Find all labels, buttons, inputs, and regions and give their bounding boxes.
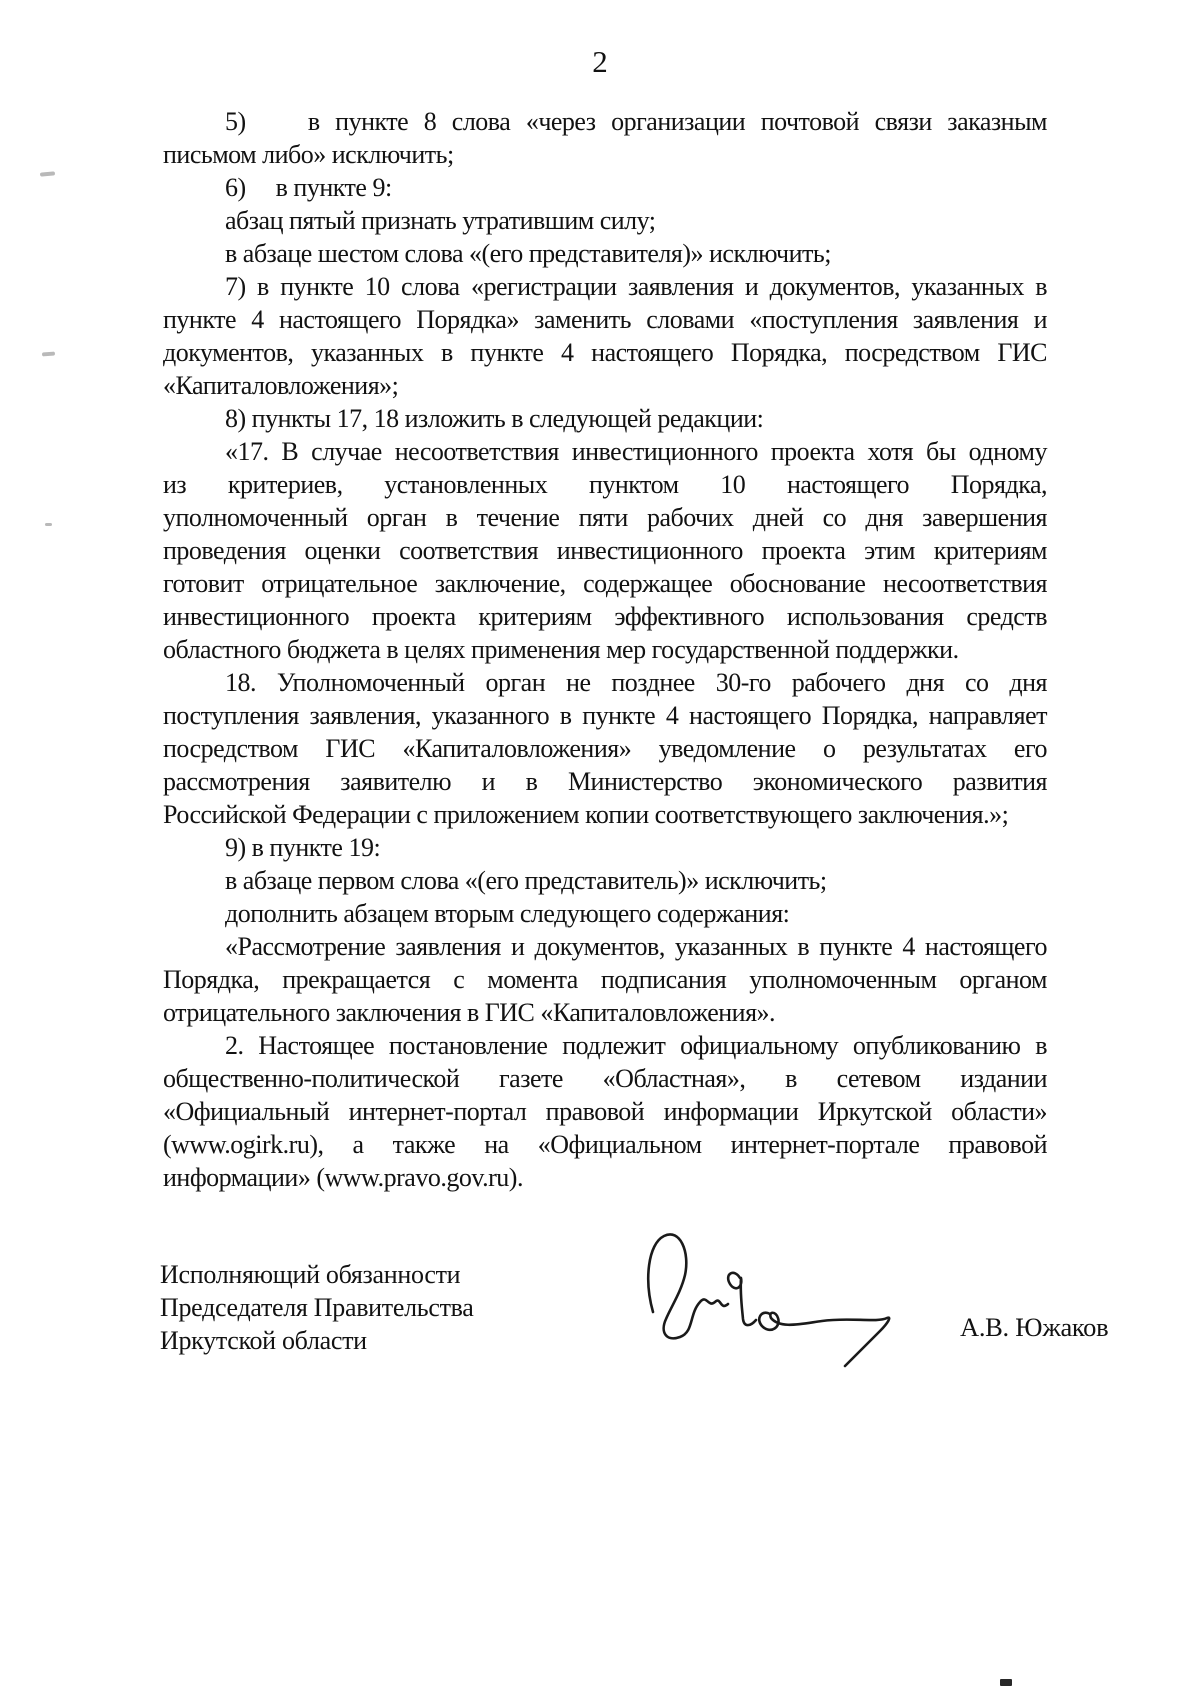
body-text-line: в абзаце первом слова «(его представител… (163, 864, 1047, 897)
body-text-line: в абзаце шестом слова «(его представител… (163, 237, 1047, 270)
body-text-line: пункте 4 настоящего Порядка» заменить сл… (163, 303, 1047, 336)
document-page: 2 5) в пункте 8 слова «через организации… (0, 0, 1200, 1706)
signatory-title-line: Иркутской области (160, 1324, 474, 1357)
body-text-line: «Капиталовложения»; (163, 369, 1047, 402)
signatory-title-line: Исполняющий обязанности (160, 1258, 474, 1291)
body-text-line: из критериев, установленных пунктом 10 н… (163, 468, 1047, 501)
body-text-line: абзац пятый признать утратившим силу; (163, 204, 1047, 237)
scan-artifact-mark (45, 523, 52, 526)
body-text-line: 9) в пункте 19: (163, 831, 1047, 864)
body-text-line: готовит отрицательное заключение, содерж… (163, 567, 1047, 600)
body-text-line: 6) в пункте 9: (163, 171, 1047, 204)
signatory-title-line: Председателя Правительства (160, 1291, 474, 1324)
signatory-title: Исполняющий обязанности Председателя Пра… (160, 1258, 474, 1357)
document-body: 5) в пункте 8 слова «через организации п… (163, 105, 1047, 1194)
page-number: 2 (0, 44, 1200, 80)
body-text-line: 2. Настоящее постановление подлежит офиц… (163, 1029, 1047, 1062)
body-text-line: областного бюджета в целях применения ме… (163, 633, 1047, 666)
scan-artifact-mark (40, 171, 55, 176)
body-text-line: письмом либо» исключить; (163, 138, 1047, 171)
body-text-line: проведения оценки соответствия инвестици… (163, 534, 1047, 567)
body-text-line: поступления заявления, указанного в пунк… (163, 699, 1047, 732)
body-text-line: 8) пункты 17, 18 изложить в следующей ре… (163, 402, 1047, 435)
body-text-line: «Рассмотрение заявления и документов, ук… (163, 930, 1047, 963)
body-text-line: информации» (www.pravo.gov.ru). (163, 1161, 1047, 1194)
body-text-line: 5) в пункте 8 слова «через организации п… (163, 105, 1047, 138)
body-text-line: дополнить абзацем вторым следующего соде… (163, 897, 1047, 930)
signatory-name: А.В. Южаков (960, 1312, 1108, 1343)
body-text-line: инвестиционного проекта критериям эффект… (163, 600, 1047, 633)
body-text-line: «Официальный интернет-портал правовой ин… (163, 1095, 1047, 1128)
body-text-line: рассмотрения заявителю и в Министерство … (163, 765, 1047, 798)
body-text-line: общественно-политической газете «Областн… (163, 1062, 1047, 1095)
handwritten-signature (640, 1228, 900, 1378)
body-text-line: Порядка, прекращается с момента подписан… (163, 963, 1047, 996)
scan-artifact-mark (1000, 1679, 1012, 1686)
body-text-line: отрицательного заключения в ГИС «Капитал… (163, 996, 1047, 1029)
body-text-line: посредством ГИС «Капиталовложения» уведо… (163, 732, 1047, 765)
body-text-line: Российской Федерации с приложением копии… (163, 798, 1047, 831)
scan-artifact-mark (42, 352, 55, 357)
body-text-line: «17. В случае несоответствия инвестицион… (163, 435, 1047, 468)
body-text-line: 18. Уполномоченный орган не позднее 30-г… (163, 666, 1047, 699)
body-text-line: (www.ogirk.ru), а также на «Официальном … (163, 1128, 1047, 1161)
body-text-line: документов, указанных в пункте 4 настоящ… (163, 336, 1047, 369)
body-text-line: 7) в пункте 10 слова «регистрации заявле… (163, 270, 1047, 303)
body-text-line: уполномоченный орган в течение пяти рабо… (163, 501, 1047, 534)
